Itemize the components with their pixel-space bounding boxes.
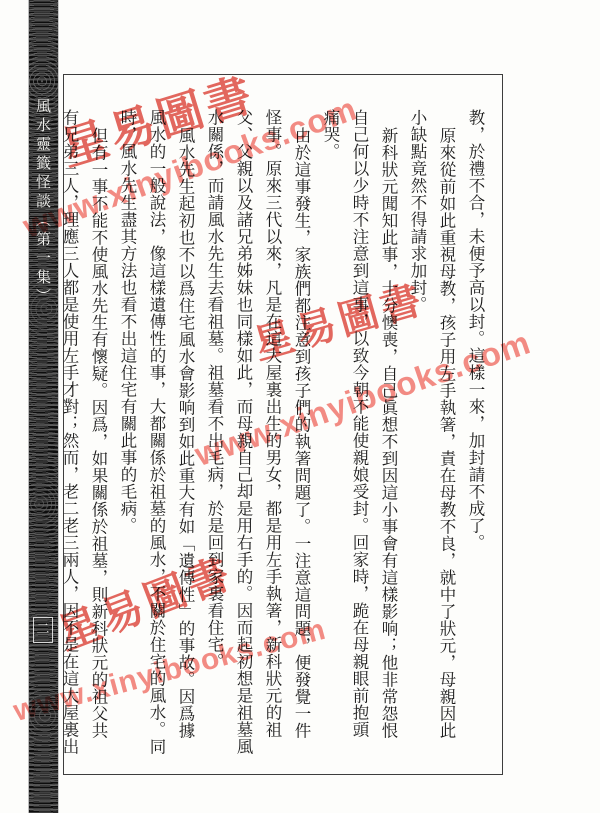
text-column: 自己何以少時不注意到這事，以致今朝不能使親娘受封。回家時，跪在母親眼前抱頭 (345, 109, 374, 771)
text-column: 但有一事不能不使風水先生有懷疑。因爲，如果關係於祖墓，則新科狀元的祖父共 (84, 109, 113, 771)
scanned-book-page: 風水靈籤怪談（第一集） 二 教，於禮不合，未便予高以封。這樣一來，加封請不成了。… (0, 0, 600, 813)
text-column: 小缺點竟然不得請求加封。 (403, 109, 432, 771)
text-column: 教，於禮不合，未便予高以封。這樣一來，加封請不成了。 (461, 109, 490, 771)
text-column: 風水的一般說法，像這樣遺傳性的事，大都關係於祖墓的風水，不關於住宅的風水。同 (142, 109, 171, 771)
text-column: 痛哭。 (316, 109, 345, 771)
folio-number: 二 (33, 617, 53, 643)
text-column: 怪事。原來三代以來，凡是在這大屋裏出生的男女，都是用左手執箸，新科狀元的祖 (258, 109, 287, 771)
text-column: 有兄弟三人，理應三人都是使用左手才對；然而，老二老三兩人，因不是在這大屋裏出 (55, 109, 84, 771)
book-title: 風水靈籤怪談（第一集） (31, 98, 55, 307)
text-column: 時，風水先生盡其方法也看不出這住宅有關此事的毛病。 (113, 109, 142, 771)
text-column: 原來從前如此重視母教，孩子用左手執箸，責在母教不良，就中了狀元，母親因此 (432, 109, 461, 771)
page-text: 教，於禮不合，未便予高以封。這樣一來，加封請不成了。原來從前如此重視母教，孩子用… (55, 109, 490, 771)
text-column: 新科狀元聞知此事，十分懊喪，自己眞想不到因這小事會有這樣影响；他非常怨恨 (374, 109, 403, 771)
text-column: 風水先生起初也不以爲住宅風水會影响到如此重大有如「遺傳性」的事故。因爲據 (171, 109, 200, 771)
text-column: 父、父親以及諸兄弟姊妹也同樣如此，而母親自己却是用右手的。因而起初想是祖墓風 (229, 109, 258, 771)
text-column: 水關係，而請風水先生去看祖墓。祖墓看不出毛病，於是回到家裏看住宅。 (200, 109, 229, 771)
text-column: 由於這事發生，家族們都注意到孩子們的執箸問題了。一注意這問題，便發覺一件 (287, 109, 316, 771)
page-frame: 教，於禮不合，未便予高以封。這樣一來，加封請不成了。原來從前如此重視母教，孩子用… (63, 74, 503, 775)
